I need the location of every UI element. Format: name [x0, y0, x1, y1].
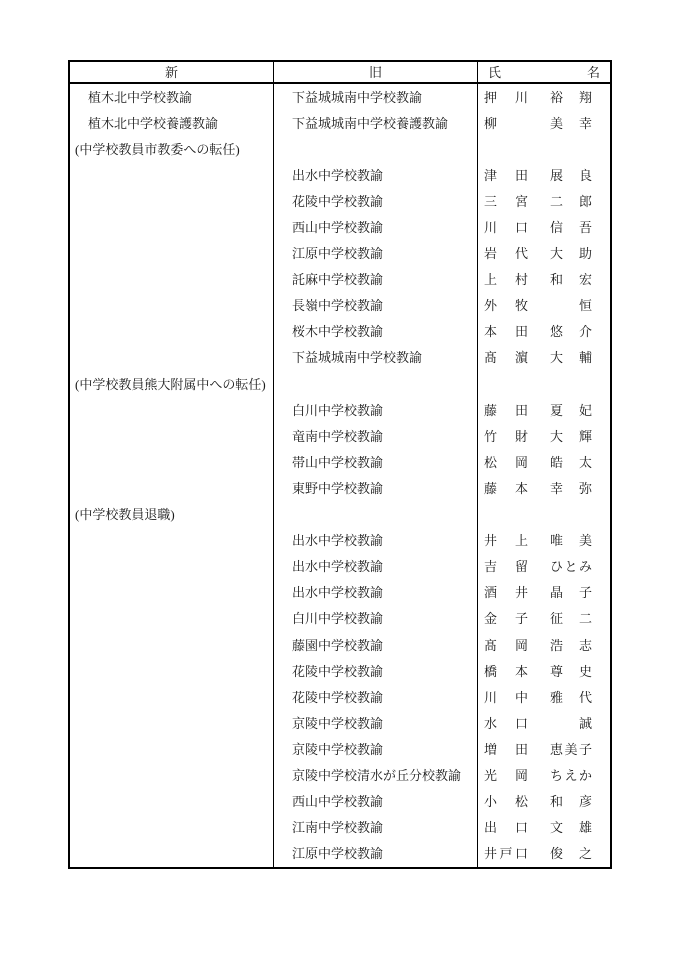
person-name: 吉留 ひとみ: [484, 560, 592, 573]
name-given: 大輝: [550, 430, 592, 443]
cell-name: 井上 唯美: [478, 528, 610, 554]
person-name: 津田 展良: [484, 169, 592, 182]
person-name: 藤本 幸弥: [484, 482, 592, 495]
name-given: 征二: [550, 612, 592, 625]
cell-new-position: [70, 736, 274, 762]
cell-new-position: [70, 423, 274, 449]
cell-old-position: [274, 136, 478, 162]
cell-old-position: 西山中学校教諭: [274, 789, 478, 815]
person-name: 上村 和宏: [484, 273, 592, 286]
cell-name: [478, 502, 610, 528]
cell-name: 井戸口 俊之: [478, 841, 610, 867]
person-name: 出口 文雄: [484, 821, 592, 834]
cell-new-position: (中学校教員市教委への転任): [70, 136, 274, 162]
cell-new-position: [70, 397, 274, 423]
cell-old-position: 出水中学校教諭: [274, 580, 478, 606]
person-name: 小松 和彦: [484, 795, 592, 808]
cell-old-position: 白川中学校教諭: [274, 397, 478, 423]
cell-name: 津田 展良: [478, 162, 610, 188]
cell-new-position: [70, 188, 274, 214]
name-family: 光岡: [484, 769, 528, 782]
table-row: 竜南中学校教諭 竹財 大輝: [70, 423, 610, 449]
person-name: 押川 裕翔: [484, 91, 592, 104]
cell-old-position: 帯山中学校教諭: [274, 449, 478, 475]
name-given: 大輔: [550, 351, 592, 364]
name-given: ひとみ: [550, 560, 592, 573]
person-name: 柳 美幸: [484, 117, 592, 130]
name-family: 津田: [484, 169, 528, 182]
person-name: 井上 唯美: [484, 534, 592, 547]
person-name: 松岡 皓太: [484, 456, 592, 469]
name-given: 恵美子: [550, 743, 592, 756]
cell-new-position: [70, 580, 274, 606]
cell-name: 川口 信吾: [478, 214, 610, 240]
cell-new-position: [70, 606, 274, 632]
person-name: 岩代 大助: [484, 247, 592, 260]
table-row: 江南中学校教諭 出口 文雄: [70, 815, 610, 841]
cell-old-position: 京陵中学校教諭: [274, 736, 478, 762]
cell-old-position: 下益城城南中学校養護教諭: [274, 110, 478, 136]
name-family: 橋本: [484, 665, 528, 678]
cell-new-position: [70, 214, 274, 240]
cell-old-position: 花陵中学校教諭: [274, 658, 478, 684]
cell-name: 増田 恵美子: [478, 736, 610, 762]
cell-new-position: [70, 632, 274, 658]
cell-name: 出口 文雄: [478, 815, 610, 841]
person-name: 川口 信吾: [484, 221, 592, 234]
name-family: 三宮: [484, 195, 528, 208]
cell-name: 松岡 皓太: [478, 449, 610, 475]
cell-name: 川中 雅代: [478, 684, 610, 710]
name-family: 髙濵: [484, 351, 528, 364]
table-row: (中学校教員市教委への転任): [70, 136, 610, 162]
header-name-sei: 氏: [488, 66, 501, 79]
table-row: 出水中学校教諭 吉留 ひとみ: [70, 554, 610, 580]
name-given: 裕翔: [550, 91, 592, 104]
cell-name: 竹財 大輝: [478, 423, 610, 449]
table-row: 京陵中学校教諭 水口 誠: [70, 710, 610, 736]
cell-name: 本田 悠介: [478, 319, 610, 345]
person-name: 酒井 晶子: [484, 586, 592, 599]
cell-new-position: [70, 710, 274, 736]
name-given: 和宏: [550, 273, 592, 286]
table-row: 植木北中学校教諭 下益城城南中学校教諭 押川 裕翔: [70, 84, 610, 110]
cell-name: 外牧 恒: [478, 293, 610, 319]
cell-name: 金子 征二: [478, 606, 610, 632]
cell-name: 橋本 尊史: [478, 658, 610, 684]
name-family: 藤田: [484, 404, 528, 417]
name-given: 誠: [550, 717, 592, 730]
name-given: 信吾: [550, 221, 592, 234]
cell-new-position: [70, 789, 274, 815]
cell-name: 吉留 ひとみ: [478, 554, 610, 580]
personnel-transfer-table: 新 旧 氏 名 植木北中学校教諭 下益城城南中学校教諭 押川 裕翔 植木北中学校…: [68, 60, 612, 869]
cell-new-position: [70, 449, 274, 475]
table-row: 桜木中学校教諭 本田 悠介: [70, 319, 610, 345]
name-given: 俊之: [550, 847, 592, 860]
person-name: 井戸口 俊之: [484, 847, 592, 860]
cell-new-position: [70, 162, 274, 188]
name-family: 小松: [484, 795, 528, 808]
person-name: 本田 悠介: [484, 325, 592, 338]
cell-name: 押川 裕翔: [478, 84, 610, 110]
name-family: 岩代: [484, 247, 528, 260]
name-family: 川口: [484, 221, 528, 234]
header-col-old: 旧: [274, 62, 478, 82]
table-body: 植木北中学校教諭 下益城城南中学校教諭 押川 裕翔 植木北中学校養護教諭 下益城…: [70, 84, 610, 867]
person-name: 藤田 夏妃: [484, 404, 592, 417]
cell-old-position: 江原中学校教諭: [274, 241, 478, 267]
cell-new-position: [70, 762, 274, 788]
name-family: 本田: [484, 325, 528, 338]
cell-old-position: 東野中学校教諭: [274, 475, 478, 501]
person-name: 髙濵 大輔: [484, 351, 592, 364]
cell-old-position: 京陵中学校教諭: [274, 710, 478, 736]
name-given: 浩志: [550, 639, 592, 652]
cell-name: 柳 美幸: [478, 110, 610, 136]
cell-old-position: 出水中学校教諭: [274, 554, 478, 580]
name-family: 柳: [484, 117, 528, 130]
table-row: 植木北中学校養護教諭 下益城城南中学校養護教諭 柳 美幸: [70, 110, 610, 136]
table-row: 東野中学校教諭 藤本 幸弥: [70, 475, 610, 501]
name-family: 酒井: [484, 586, 528, 599]
cell-name: 藤田 夏妃: [478, 397, 610, 423]
table-row: 京陵中学校教諭 増田 恵美子: [70, 736, 610, 762]
name-given: 悠介: [550, 325, 592, 338]
person-name: 川中 雅代: [484, 691, 592, 704]
table-header-row: 新 旧 氏 名: [70, 62, 610, 84]
table-row: 花陵中学校教諭 三宮 二郎: [70, 188, 610, 214]
name-given: 文雄: [550, 821, 592, 834]
table-row: 出水中学校教諭 井上 唯美: [70, 528, 610, 554]
table-row: 花陵中学校教諭 川中 雅代: [70, 684, 610, 710]
person-name: 金子 征二: [484, 612, 592, 625]
document-page: 新 旧 氏 名 植木北中学校教諭 下益城城南中学校教諭 押川 裕翔 植木北中学校…: [0, 0, 680, 961]
name-given: 皓太: [550, 456, 592, 469]
table-row: 長嶺中学校教諭 外牧 恒: [70, 293, 610, 319]
cell-name: 酒井 晶子: [478, 580, 610, 606]
cell-new-position: 植木北中学校教諭: [70, 84, 274, 110]
name-family: 吉留: [484, 560, 528, 573]
cell-old-position: 桜木中学校教諭: [274, 319, 478, 345]
table-row: 出水中学校教諭 津田 展良: [70, 162, 610, 188]
table-row: (中学校教員熊大附属中への転任): [70, 371, 610, 397]
cell-old-position: 江原中学校教諭: [274, 841, 478, 867]
cell-name: 髙濵 大輔: [478, 345, 610, 371]
cell-new-position: [70, 528, 274, 554]
cell-new-position: 植木北中学校養護教諭: [70, 110, 274, 136]
table-row: 西山中学校教諭 小松 和彦: [70, 789, 610, 815]
cell-name: [478, 136, 610, 162]
cell-new-position: [70, 554, 274, 580]
cell-new-position: [70, 815, 274, 841]
cell-name: 光岡 ちえか: [478, 762, 610, 788]
cell-old-position: 下益城城南中学校教諭: [274, 84, 478, 110]
name-given: 展良: [550, 169, 592, 182]
cell-old-position: 藤園中学校教諭: [274, 632, 478, 658]
name-given: 恒: [550, 299, 592, 312]
name-given: 美幸: [550, 117, 592, 130]
cell-new-position: [70, 658, 274, 684]
cell-old-position: 西山中学校教諭: [274, 214, 478, 240]
cell-new-position: [70, 241, 274, 267]
cell-old-position: 花陵中学校教諭: [274, 188, 478, 214]
cell-name: 水口 誠: [478, 710, 610, 736]
cell-old-position: 江南中学校教諭: [274, 815, 478, 841]
cell-new-position: [70, 345, 274, 371]
name-family: 出口: [484, 821, 528, 834]
name-family: 上村: [484, 273, 528, 286]
name-family: 髙岡: [484, 639, 528, 652]
table-row: 江原中学校教諭 井戸口 俊之: [70, 841, 610, 867]
person-name: 橋本 尊史: [484, 665, 592, 678]
name-family: 藤本: [484, 482, 528, 495]
cell-old-position: 竜南中学校教諭: [274, 423, 478, 449]
person-name: 竹財 大輝: [484, 430, 592, 443]
cell-new-position: [70, 475, 274, 501]
table-row: 帯山中学校教諭 松岡 皓太: [70, 449, 610, 475]
cell-old-position: 下益城城南中学校教諭: [274, 345, 478, 371]
cell-old-position: 白川中学校教諭: [274, 606, 478, 632]
table-row: (中学校教員退職): [70, 502, 610, 528]
name-given: 大助: [550, 247, 592, 260]
table-row: 花陵中学校教諭 橋本 尊史: [70, 658, 610, 684]
person-name: 水口 誠: [484, 717, 592, 730]
table-row: 白川中学校教諭 藤田 夏妃: [70, 397, 610, 423]
cell-old-position: 託麻中学校教諭: [274, 267, 478, 293]
person-name: 光岡 ちえか: [484, 769, 592, 782]
name-given: ちえか: [550, 769, 592, 782]
cell-old-position: 京陵中学校清水が丘分校教諭: [274, 762, 478, 788]
table-row: 京陵中学校清水が丘分校教諭 光岡 ちえか: [70, 762, 610, 788]
table-row: 託麻中学校教諭 上村 和宏: [70, 267, 610, 293]
cell-name: 髙岡 浩志: [478, 632, 610, 658]
person-name: 髙岡 浩志: [484, 639, 592, 652]
cell-old-position: 出水中学校教諭: [274, 528, 478, 554]
table-row: 白川中学校教諭 金子 征二: [70, 606, 610, 632]
header-col-new: 新: [70, 62, 274, 82]
header-name-mei: 名: [587, 66, 600, 79]
table-row: 江原中学校教諭 岩代 大助: [70, 241, 610, 267]
cell-name: 三宮 二郎: [478, 188, 610, 214]
cell-name: 小松 和彦: [478, 789, 610, 815]
name-given: 晶子: [550, 586, 592, 599]
name-given: 幸弥: [550, 482, 592, 495]
cell-new-position: [70, 319, 274, 345]
cell-old-position: [274, 371, 478, 397]
name-given: 尊史: [550, 665, 592, 678]
name-family: 押川: [484, 91, 528, 104]
name-given: 雅代: [550, 691, 592, 704]
person-name: 三宮 二郎: [484, 195, 592, 208]
table-row: 藤園中学校教諭 髙岡 浩志: [70, 632, 610, 658]
table-row: 下益城城南中学校教諭 髙濵 大輔: [70, 345, 610, 371]
name-family: 井戸口: [484, 847, 528, 860]
name-family: 松岡: [484, 456, 528, 469]
person-name: 外牧 恒: [484, 299, 592, 312]
name-given: 和彦: [550, 795, 592, 808]
table-row: 出水中学校教諭 酒井 晶子: [70, 580, 610, 606]
cell-new-position: (中学校教員熊大附属中への転任): [70, 371, 274, 397]
name-family: 竹財: [484, 430, 528, 443]
cell-name: 岩代 大助: [478, 241, 610, 267]
person-name: 増田 恵美子: [484, 743, 592, 756]
cell-name: [478, 371, 610, 397]
cell-old-position: 出水中学校教諭: [274, 162, 478, 188]
name-family: 増田: [484, 743, 528, 756]
header-col-name: 氏 名: [478, 62, 610, 82]
name-family: 川中: [484, 691, 528, 704]
name-family: 水口: [484, 717, 528, 730]
name-family: 金子: [484, 612, 528, 625]
cell-name: 上村 和宏: [478, 267, 610, 293]
cell-old-position: [274, 502, 478, 528]
name-given: 夏妃: [550, 404, 592, 417]
name-given: 二郎: [550, 195, 592, 208]
cell-new-position: [70, 684, 274, 710]
name-given: 唯美: [550, 534, 592, 547]
cell-old-position: 長嶺中学校教諭: [274, 293, 478, 319]
cell-new-position: [70, 267, 274, 293]
name-family: 外牧: [484, 299, 528, 312]
cell-name: 藤本 幸弥: [478, 475, 610, 501]
cell-new-position: [70, 293, 274, 319]
cell-new-position: (中学校教員退職): [70, 502, 274, 528]
cell-old-position: 花陵中学校教諭: [274, 684, 478, 710]
cell-new-position: [70, 841, 274, 867]
name-family: 井上: [484, 534, 528, 547]
table-row: 西山中学校教諭 川口 信吾: [70, 214, 610, 240]
